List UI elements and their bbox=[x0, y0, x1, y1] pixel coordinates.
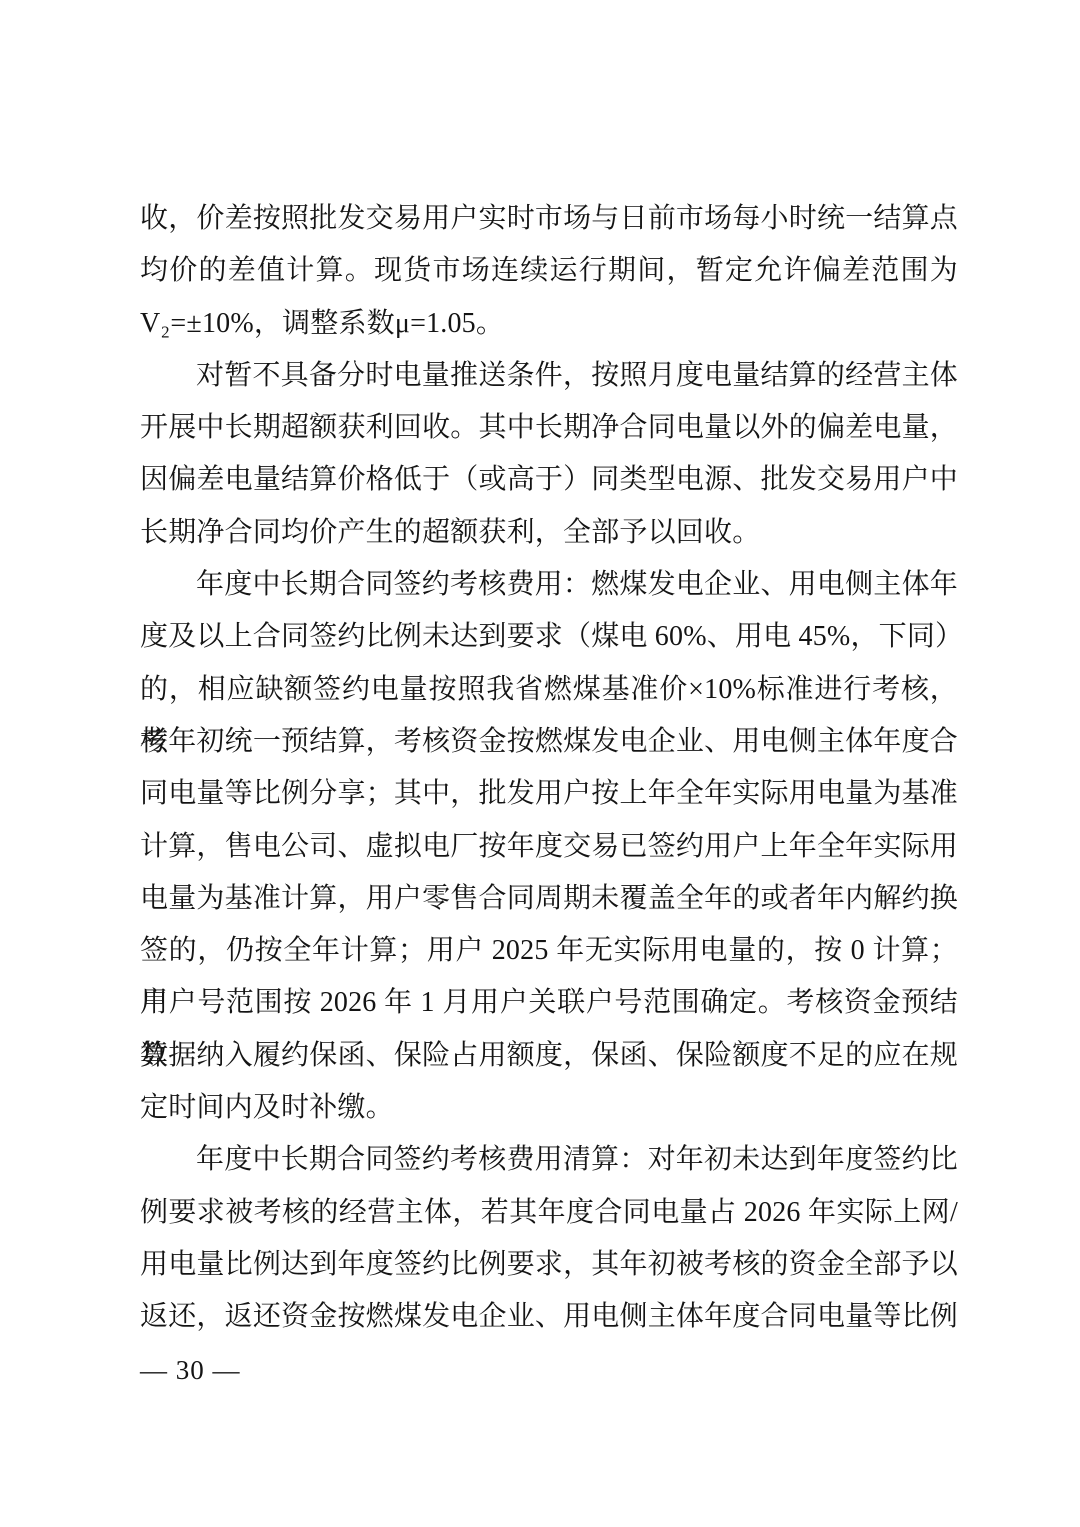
text-line: 核年初统一预结算，考核资金按燃煤发电企业、用电侧主体年度合 bbox=[140, 716, 958, 768]
text-line: V₂=±10%，调整系数μ=1.05。 bbox=[140, 298, 958, 350]
text-line: 的，相应缺额签约电量按照我省燃煤基准价×10%标准进行考核，考 bbox=[140, 664, 958, 716]
text-line: 户户号范围按 2026 年 1 月用户关联户号范围确定。考核资金预结算 bbox=[140, 977, 958, 1029]
text-line: 电量为基准计算，用户零售合同周期未覆盖全年的或者年内解约换 bbox=[140, 873, 958, 925]
text-line: 因偏差电量结算价格低于（或高于）同类型电源、批发交易用户中 bbox=[140, 454, 958, 506]
text-line: 签的，仍按全年计算；用户 2025 年无实际用电量的，按 0 计算；用 bbox=[140, 925, 958, 977]
text-line: 年度中长期合同签约考核费用清算：对年初未达到年度签约比 bbox=[140, 1134, 958, 1186]
document-page: 收，价差按照批发交易用户实时市场与日前市场每小时统一结算点均价的差值计算。现货市… bbox=[0, 0, 1080, 1527]
text-line: 用电量比例达到年度签约比例要求，其年初被考核的资金全部予以 bbox=[140, 1239, 958, 1291]
text-line: 度及以上合同签约比例未达到要求（煤电 60%、用电 45%，下同） bbox=[140, 611, 958, 663]
text-line: 收，价差按照批发交易用户实时市场与日前市场每小时统一结算点 bbox=[140, 193, 958, 245]
text-line: 定时间内及时补缴。 bbox=[140, 1082, 958, 1134]
text-line: 开展中长期超额获利回收。其中长期净合同电量以外的偏差电量， bbox=[140, 402, 958, 454]
text-line: 长期净合同均价产生的超额获利，全部予以回收。 bbox=[140, 507, 958, 559]
text-line: 返还，返还资金按燃煤发电企业、用电侧主体年度合同电量等比例 bbox=[140, 1291, 958, 1343]
page-footer: — 30 — bbox=[140, 1344, 540, 1396]
text-line: 年度中长期合同签约考核费用：燃煤发电企业、用电侧主体年 bbox=[140, 559, 958, 611]
text-block: 收，价差按照批发交易用户实时市场与日前市场每小时统一结算点均价的差值计算。现货市… bbox=[140, 193, 958, 1344]
text-line: 对暂不具备分时电量推送条件，按照月度电量结算的经营主体 bbox=[140, 350, 958, 402]
text-line: 数据纳入履约保函、保险占用额度，保函、保险额度不足的应在规 bbox=[140, 1030, 958, 1082]
text-line: 计算，售电公司、虚拟电厂按年度交易已签约用户上年全年实际用 bbox=[140, 821, 958, 873]
text-line: 同电量等比例分享；其中，批发用户按上年全年实际用电量为基准 bbox=[140, 768, 958, 820]
text-line: 均价的差值计算。现货市场连续运行期间，暂定允许偏差范围为 bbox=[140, 245, 958, 297]
page-number: — 30 — bbox=[140, 1355, 241, 1385]
text-line: 例要求被考核的经营主体，若其年度合同电量占 2026 年实际上网/ bbox=[140, 1187, 958, 1239]
